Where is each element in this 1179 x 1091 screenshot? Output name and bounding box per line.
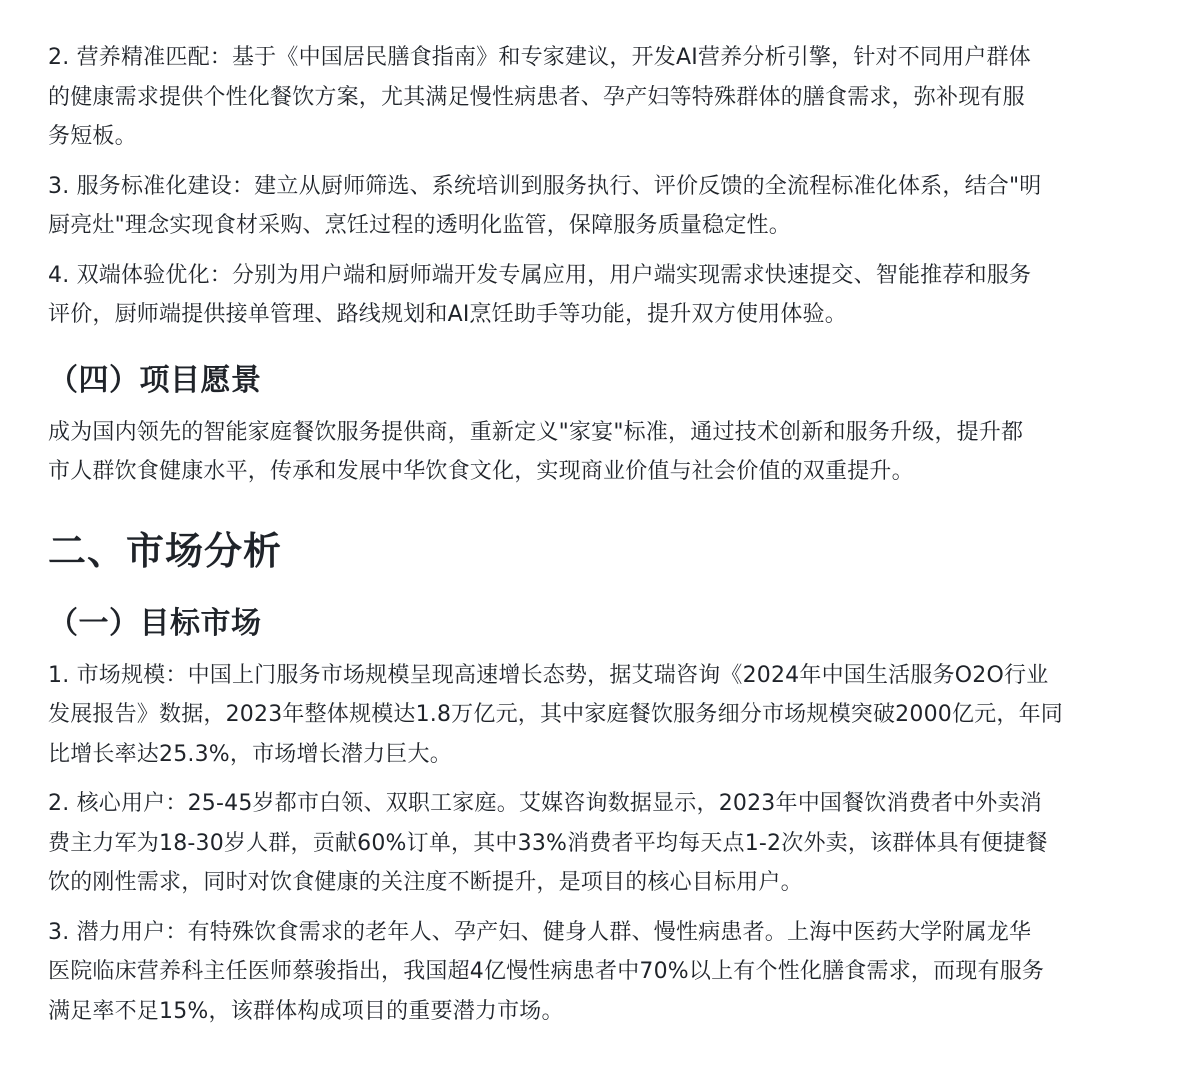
text-line: 1. 市场规模：中国上门服务市场规模呈现高速增长态势，据艾瑞咨询《2024年中国… xyxy=(48,656,1131,696)
text-line: 3. 潜力用户：有特殊饮食需求的老年人、孕产妇、健身人群、慢性病患者。上海中医药… xyxy=(48,913,1131,953)
heading-project-vision: （四）项目愿景 xyxy=(48,359,1131,403)
text-line: 比增长率达25.3%，市场增长潜力巨大。 xyxy=(48,735,1131,775)
text-line: 饮的刚性需求，同时对饮食健康的关注度不断提升，是项目的核心目标用户。 xyxy=(48,863,1131,903)
text-line: 费主力军为18-30岁人群，贡献60%订单，其中33%消费者平均每天点1-2次外… xyxy=(48,824,1131,864)
document-body: 2. 营养精准匹配：基于《中国居民膳食指南》和专家建议，开发AI营养分析引擎，针… xyxy=(0,0,1179,1031)
text-line: 满足率不足15%，该群体构成项目的重要潜力市场。 xyxy=(48,992,1131,1032)
list-item-nutrition-matching: 2. 营养精准匹配：基于《中国居民膳食指南》和专家建议，开发AI营养分析引擎，针… xyxy=(48,38,1131,157)
list-item-core-users: 2. 核心用户：25-45岁都市白领、双职工家庭。艾媒咨询数据显示，2023年中… xyxy=(48,784,1131,903)
list-item-service-standardization: 3. 服务标准化建设：建立从厨师筛选、系统培训到服务执行、评价反馈的全流程标准化… xyxy=(48,167,1131,246)
text-line: 发展报告》数据，2023年整体规模达1.8万亿元，其中家庭餐饮服务细分市场规模突… xyxy=(48,695,1131,735)
text-line: 2. 核心用户：25-45岁都市白领、双职工家庭。艾媒咨询数据显示，2023年中… xyxy=(48,784,1131,824)
text-line: 成为国内领先的智能家庭餐饮服务提供商，重新定义"家宴"标准，通过技术创新和服务升… xyxy=(48,413,1131,453)
text-line: 市人群饮食健康水平，传承和发展中华饮食文化，实现商业价值与社会价值的双重提升。 xyxy=(48,452,1131,492)
text-line: 3. 服务标准化建设：建立从厨师筛选、系统培训到服务执行、评价反馈的全流程标准化… xyxy=(48,167,1131,207)
text-line: 2. 营养精准匹配：基于《中国居民膳食指南》和专家建议，开发AI营养分析引擎，针… xyxy=(48,38,1131,78)
text-line: 医院临床营养科主任医师蔡骏指出，我国超4亿慢性病患者中70%以上有个性化膳食需求… xyxy=(48,952,1131,992)
list-item-dual-end-experience: 4. 双端体验优化：分别为用户端和厨师端开发专属应用，用户端实现需求快速提交、智… xyxy=(48,256,1131,335)
text-line: 的健康需求提供个性化餐饮方案，尤其满足慢性病患者、孕产妇等特殊群体的膳食需求，弥… xyxy=(48,78,1131,118)
text-line: 务短板。 xyxy=(48,117,1131,157)
list-item-market-size: 1. 市场规模：中国上门服务市场规模呈现高速增长态势，据艾瑞咨询《2024年中国… xyxy=(48,656,1131,775)
paragraph-project-vision: 成为国内领先的智能家庭餐饮服务提供商，重新定义"家宴"标准，通过技术创新和服务升… xyxy=(48,413,1131,492)
text-line: 厨亮灶"理念实现食材采购、烹饪过程的透明化监管，保障服务质量稳定性。 xyxy=(48,206,1131,246)
text-line: 评价，厨师端提供接单管理、路线规划和AI烹饪助手等功能，提升双方使用体验。 xyxy=(48,295,1131,335)
list-item-potential-users: 3. 潜力用户：有特殊饮食需求的老年人、孕产妇、健身人群、慢性病患者。上海中医药… xyxy=(48,913,1131,1032)
heading-market-analysis: 二、市场分析 xyxy=(48,524,1131,578)
text-line: 4. 双端体验优化：分别为用户端和厨师端开发专属应用，用户端实现需求快速提交、智… xyxy=(48,256,1131,296)
heading-target-market: （一）目标市场 xyxy=(48,602,1131,646)
